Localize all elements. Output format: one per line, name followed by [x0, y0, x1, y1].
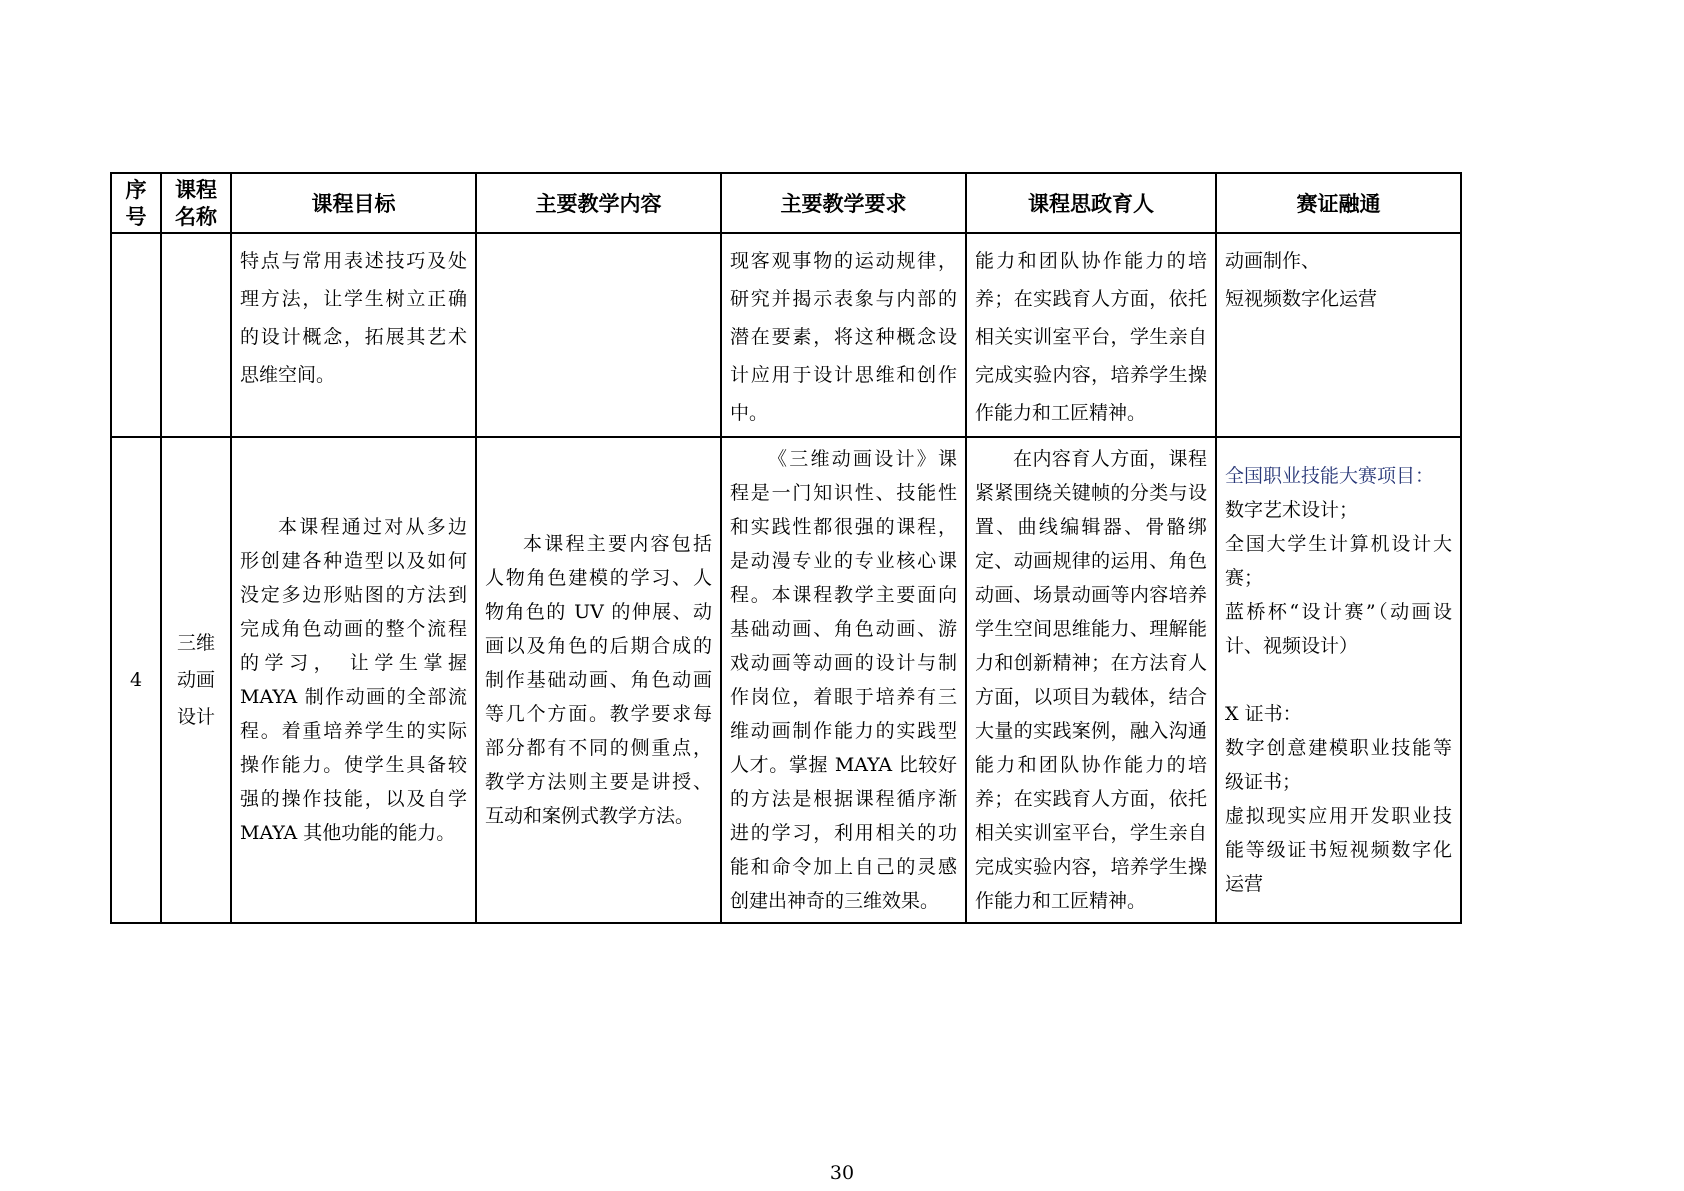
cell-teaching-requirements: 《三维动画设计》课程是一门知识性、技能性和实践性都很强的课程，是动漫专业的专业核…: [721, 437, 966, 923]
header-cell-teaching-requirements: 主要教学要求: [721, 173, 966, 233]
cert-line: 短视频数字化运营: [1225, 280, 1452, 318]
header-cell-ideology: 课程思政育人: [966, 173, 1216, 233]
header-cell-course-name: 课程名称: [161, 173, 231, 233]
cert-line-spacer: [1225, 663, 1452, 697]
cert-line: 数字艺术设计；: [1225, 493, 1452, 527]
cert-line: 数字创意建模职业技能等级证书；: [1225, 731, 1452, 799]
header-cell-seq: 序号: [111, 173, 161, 233]
page-number: 30: [0, 1162, 1684, 1184]
header-cell-certs: 赛证融通: [1216, 173, 1461, 233]
table-header-row: 序号 课程名称 课程目标 主要教学内容 主要教学要求 课程思政育人 赛证融通: [111, 173, 1461, 233]
header-cell-objectives: 课程目标: [231, 173, 476, 233]
cert-line: 蓝桥杯“设计赛”（动画设计、视频设计）: [1225, 595, 1452, 663]
header-label-course-name: 课程名称: [173, 176, 219, 230]
cert-line: 虚拟现实应用开发职业技能等级证书短视频数字化运营: [1225, 799, 1452, 901]
cert-line: 动画制作、: [1225, 242, 1452, 280]
cert-line: 全国大学生计算机设计大赛；: [1225, 527, 1452, 595]
cell-cont-course-name: [161, 233, 231, 437]
cell-cont-ideology: 能力和团队协作能力的培养；在实践育人方面，依托相关实训室平台，学生亲自完成实验内…: [966, 233, 1216, 437]
table-row-course-4: 4 三维动画设计 本课程通过对从多边形创建各种造型以及如何没定多边形贴图的方法到…: [111, 437, 1461, 923]
cell-cont-teaching-content: [476, 233, 721, 437]
cell-cont-objectives: 特点与常用表述技巧及处理方法，让学生树立正确的设计概念，拓展其艺术思维空间。: [231, 233, 476, 437]
cell-cont-teaching-requirements: 现客观事物的运动规律，研究并揭示表象与内部的潜在要素，将这种概念设计应用于设计思…: [721, 233, 966, 437]
course-table: 序号 课程名称 课程目标 主要教学内容 主要教学要求 课程思政育人 赛证融通 特…: [110, 172, 1462, 924]
cell-teaching-content: 本课程主要内容包括人物角色建模的学习、人物角色的 UV 的伸展、动画以及角色的后…: [476, 437, 721, 923]
cell-ideology: 在内容育人方面，课程紧紧围绕关键帧的分类与设置、曲线编辑器、骨骼绑定、动画规律的…: [966, 437, 1216, 923]
cell-objectives: 本课程通过对从多边形创建各种造型以及如何没定多边形贴图的方法到完成角色动画的整个…: [231, 437, 476, 923]
cell-course-name: 三维动画设计: [161, 437, 231, 923]
cell-cont-seq: [111, 233, 161, 437]
header-label-seq: 序号: [123, 176, 148, 230]
table-row-continuation: 特点与常用表述技巧及处理方法，让学生树立正确的设计概念，拓展其艺术思维空间。 现…: [111, 233, 1461, 437]
document-page: 序号 课程名称 课程目标 主要教学内容 主要教学要求 课程思政育人 赛证融通 特…: [0, 0, 1684, 1191]
header-cell-teaching-content: 主要教学内容: [476, 173, 721, 233]
cell-seq: 4: [111, 437, 161, 923]
cert-line-x-cert-title: X 证书：: [1225, 697, 1452, 731]
cell-certs: 全国职业技能大赛项目： 数字艺术设计； 全国大学生计算机设计大赛； 蓝桥杯“设计…: [1216, 437, 1461, 923]
cell-cont-certs: 动画制作、 短视频数字化运营: [1216, 233, 1461, 437]
cert-line-competition-title: 全国职业技能大赛项目：: [1225, 459, 1452, 493]
course-name-label: 三维动画设计: [176, 625, 217, 736]
